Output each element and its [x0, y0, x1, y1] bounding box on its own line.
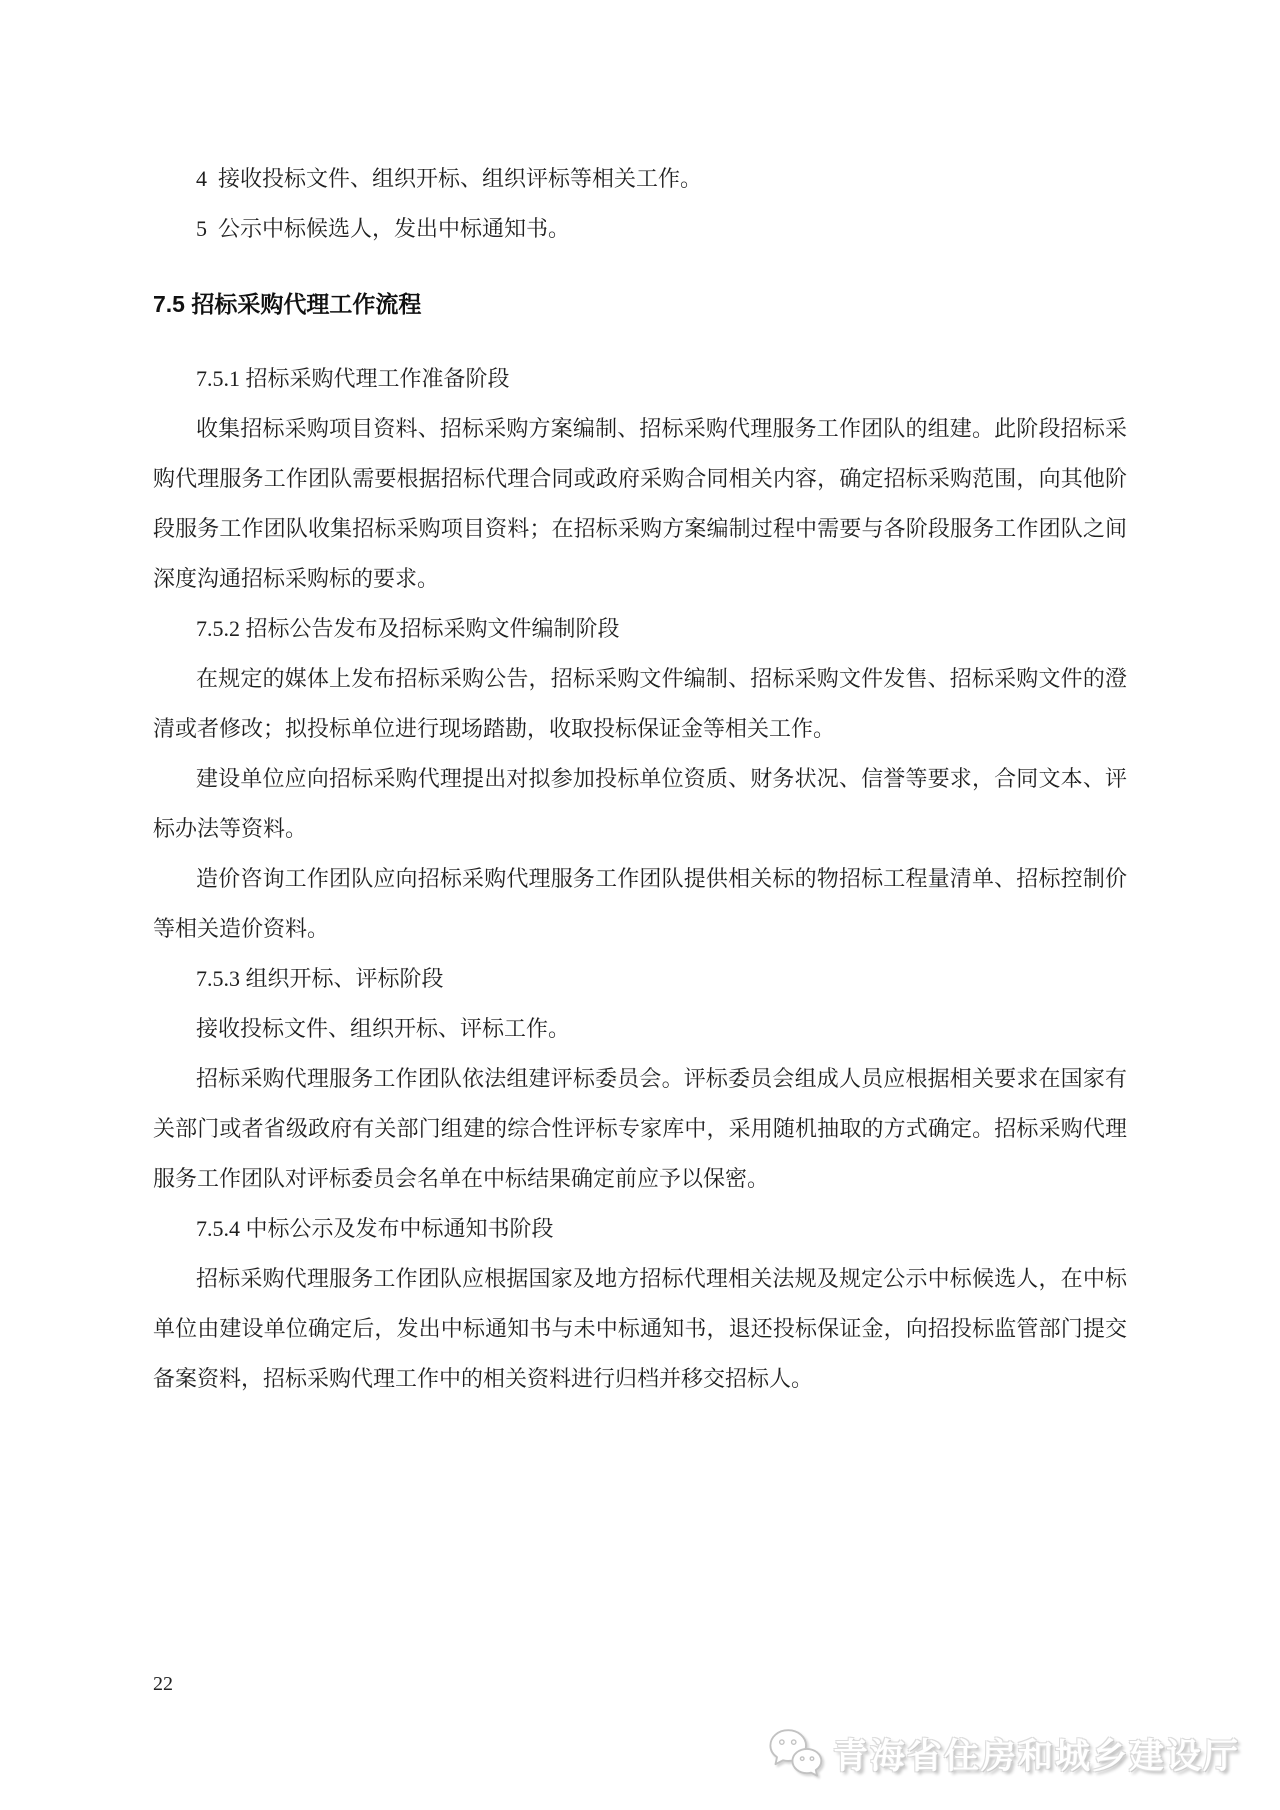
paragraph: 接收投标文件、组织开标、评标工作。 [153, 1004, 1127, 1054]
paragraph: 收集招标采购项目资料、招标采购方案编制、招标采购代理服务工作团队的组建。此阶段招… [153, 404, 1127, 604]
section-heading: 7.5 招标采购代理工作流程 [153, 279, 1127, 329]
paragraph: 造价咨询工作团队应向招标采购代理服务工作团队提供相关标的物招标工程量清单、招标控… [153, 854, 1127, 954]
list-item: 4 接收投标文件、组织开标、组织评标等相关工作。 [153, 154, 1127, 204]
document-page: 4 接收投标文件、组织开标、组织评标等相关工作。5 公示中标候选人，发出中标通知… [0, 0, 1280, 1810]
paragraph: 招标采购代理服务工作团队依法组建评标委员会。评标委员会组成人员应根据相关要求在国… [153, 1054, 1127, 1204]
subsection-heading: 7.5.3 组织开标、评标阶段 [153, 954, 1127, 1004]
paragraph: 在规定的媒体上发布招标采购公告，招标采购文件编制、招标采购文件发售、招标采购文件… [153, 654, 1127, 754]
footer-watermark: 青海省住房和城乡建设厅 [767, 1726, 1240, 1787]
paragraph: 招标采购代理服务工作团队应根据国家及地方招标代理相关法规及规定公示中标候选人，在… [153, 1254, 1127, 1404]
watermark-text: 青海省住房和城乡建设厅 [833, 1729, 1240, 1785]
subsection-heading: 7.5.1 招标采购代理工作准备阶段 [153, 354, 1127, 404]
paragraph: 建设单位应向招标采购代理提出对拟参加投标单位资质、财务状况、信誉等要求，合同文本… [153, 754, 1127, 854]
list-item: 5 公示中标候选人，发出中标通知书。 [153, 204, 1127, 254]
wechat-icon [767, 1726, 823, 1787]
page-number: 22 [153, 1670, 173, 1698]
document-body: 4 接收投标文件、组织开标、组织评标等相关工作。5 公示中标候选人，发出中标通知… [153, 154, 1127, 1404]
subsection-heading: 7.5.2 招标公告发布及招标采购文件编制阶段 [153, 604, 1127, 654]
subsection-heading: 7.5.4 中标公示及发布中标通知书阶段 [153, 1204, 1127, 1254]
